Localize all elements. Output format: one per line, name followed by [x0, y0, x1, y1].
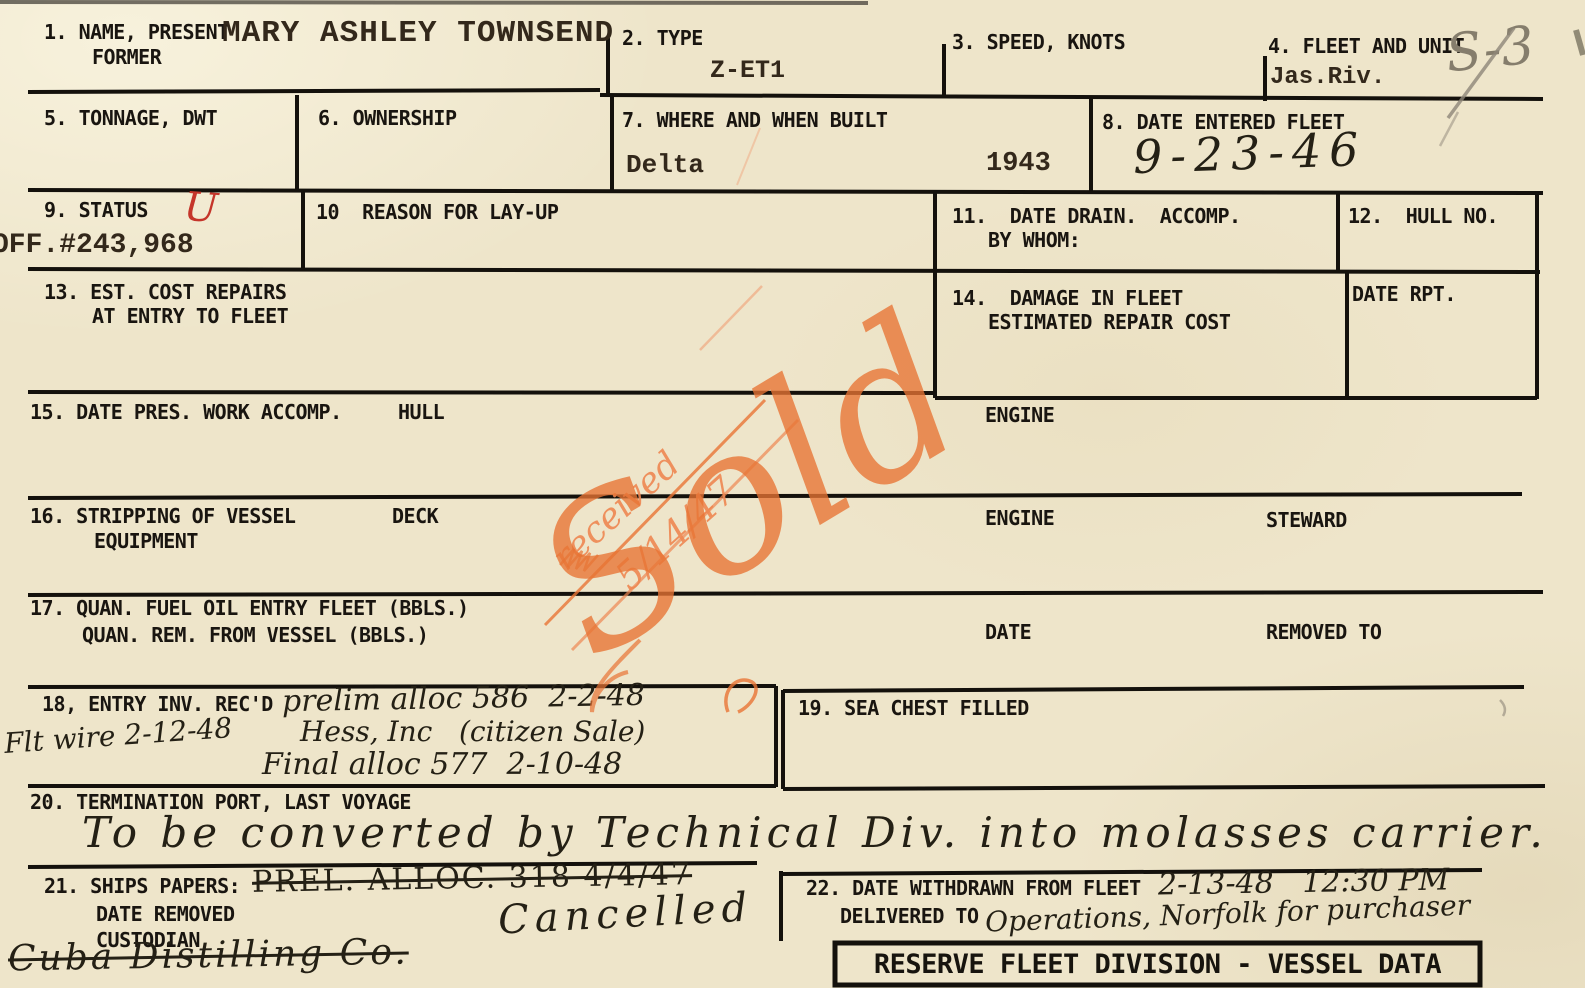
field20-handwritten-note: To be converted by Technical Div. into m…: [82, 812, 1548, 854]
field4-fleet-value: Jas.Riv.: [1270, 66, 1385, 90]
field8-date-handwritten: 9-23-46: [1132, 126, 1367, 180]
field6-label: 6. OWNERSHIP: [318, 108, 457, 129]
banner-reserve-fleet-division: RESERVE FLEET DIVISION - VESSEL DATA: [835, 943, 1480, 985]
field9-label: 9. STATUS: [44, 200, 148, 221]
field4-unit-pencil-note: S-3: [1444, 20, 1537, 81]
field15-hull-label: HULL: [398, 402, 444, 423]
sold-overlay-text: Sold: [497, 272, 1002, 703]
field5-label: 5. TONNAGE, DWT: [44, 108, 217, 129]
field11-label: 11. DATE DRAIN. ACCOMP.: [952, 206, 1241, 227]
field14-date-rpt-label: DATE RPT.: [1352, 284, 1456, 305]
field16-label: 16. STRIPPING OF VESSEL: [30, 506, 295, 527]
field7-builder-value: Delta: [626, 152, 704, 178]
crossed-note-date: 5/14/47: [607, 467, 746, 598]
field2-label: 2. TYPE: [622, 28, 703, 49]
field1-vessel-name: MARY ASHLEY TOWNSEND: [222, 18, 614, 49]
field18-handwritten-line3: Final alloc 577 2-10-48: [262, 750, 622, 780]
field16-engine-label: ENGINE: [985, 508, 1054, 529]
field4-label: 4. FLEET AND UNIT: [1268, 36, 1464, 57]
field17-date-label: DATE: [985, 622, 1031, 643]
field7-year-value: 1943: [986, 151, 1051, 178]
field14-label: 14. DAMAGE IN FLEET: [952, 288, 1183, 309]
field22-delivered-to-label: DELIVERED TO: [840, 906, 979, 927]
field3-label: 3. SPEED, KNOTS: [952, 32, 1125, 53]
field17-label2: QUAN. REM. FROM VESSEL (BBLS.): [82, 625, 428, 646]
field17-removed-to-label: REMOVED TO: [1266, 622, 1381, 643]
field7-label: 7. WHERE AND WHEN BUILT: [622, 110, 887, 131]
field19-label: 19. SEA CHEST FILLED: [798, 698, 1029, 719]
vessel-data-card: 1. NAME, PRESENT FORMER MARY ASHLEY TOWN…: [0, 0, 1585, 988]
field22-label: 22. DATE WITHDRAWN FROM FLEET: [806, 878, 1141, 899]
field15-label: 15. DATE PRES. WORK ACCOMP.: [30, 402, 342, 423]
field14-label2: ESTIMATED REPAIR COST: [988, 312, 1230, 333]
field13-label: 13. EST. COST REPAIRS: [44, 282, 286, 303]
field12-label: 12. HULL NO.: [1348, 206, 1498, 227]
field18-margin-note: Flt wire 2-12-48: [3, 714, 233, 758]
field1-label: 1. NAME, PRESENT: [44, 22, 229, 43]
crossed-note-word: received: [545, 444, 689, 579]
field15-engine-label: ENGINE: [985, 405, 1054, 426]
field18-handwritten-line1: prelim alloc 586 2-2-48: [282, 681, 645, 717]
field16-label2: EQUIPMENT: [94, 531, 198, 552]
field17-label: 17. QUAN. FUEL OIL ENTRY FLEET (BBLS.): [30, 598, 469, 619]
field11-label-bywhom: BY WHOM:: [988, 230, 1080, 251]
field10-label: 10 REASON FOR LAY-UP: [316, 202, 558, 223]
field18-label: 18, ENTRY INV. REC'D: [42, 694, 273, 715]
field1-label-former: FORMER: [92, 47, 161, 68]
field16-deck-label: DECK: [392, 506, 438, 527]
field21-cancelled-note: Cancelled: [497, 887, 754, 940]
field16-steward-label: STEWARD: [1266, 510, 1347, 531]
field13-label2: AT ENTRY TO FLEET: [92, 306, 288, 327]
field2-type-value: Z-ET1: [710, 58, 785, 83]
field9-status-handwritten: U: [183, 187, 219, 229]
field21-date-removed-label: DATE REMOVED: [96, 904, 235, 925]
field21-struck-custodian-name: Cuba Distilling Co.: [8, 935, 409, 978]
field21-label: 21. SHIPS PAPERS:: [44, 876, 240, 897]
field18-handwritten-line2: Hess, Inc (citizen Sale): [300, 718, 645, 746]
field9-official-number: OFF.#243,968: [0, 232, 194, 260]
